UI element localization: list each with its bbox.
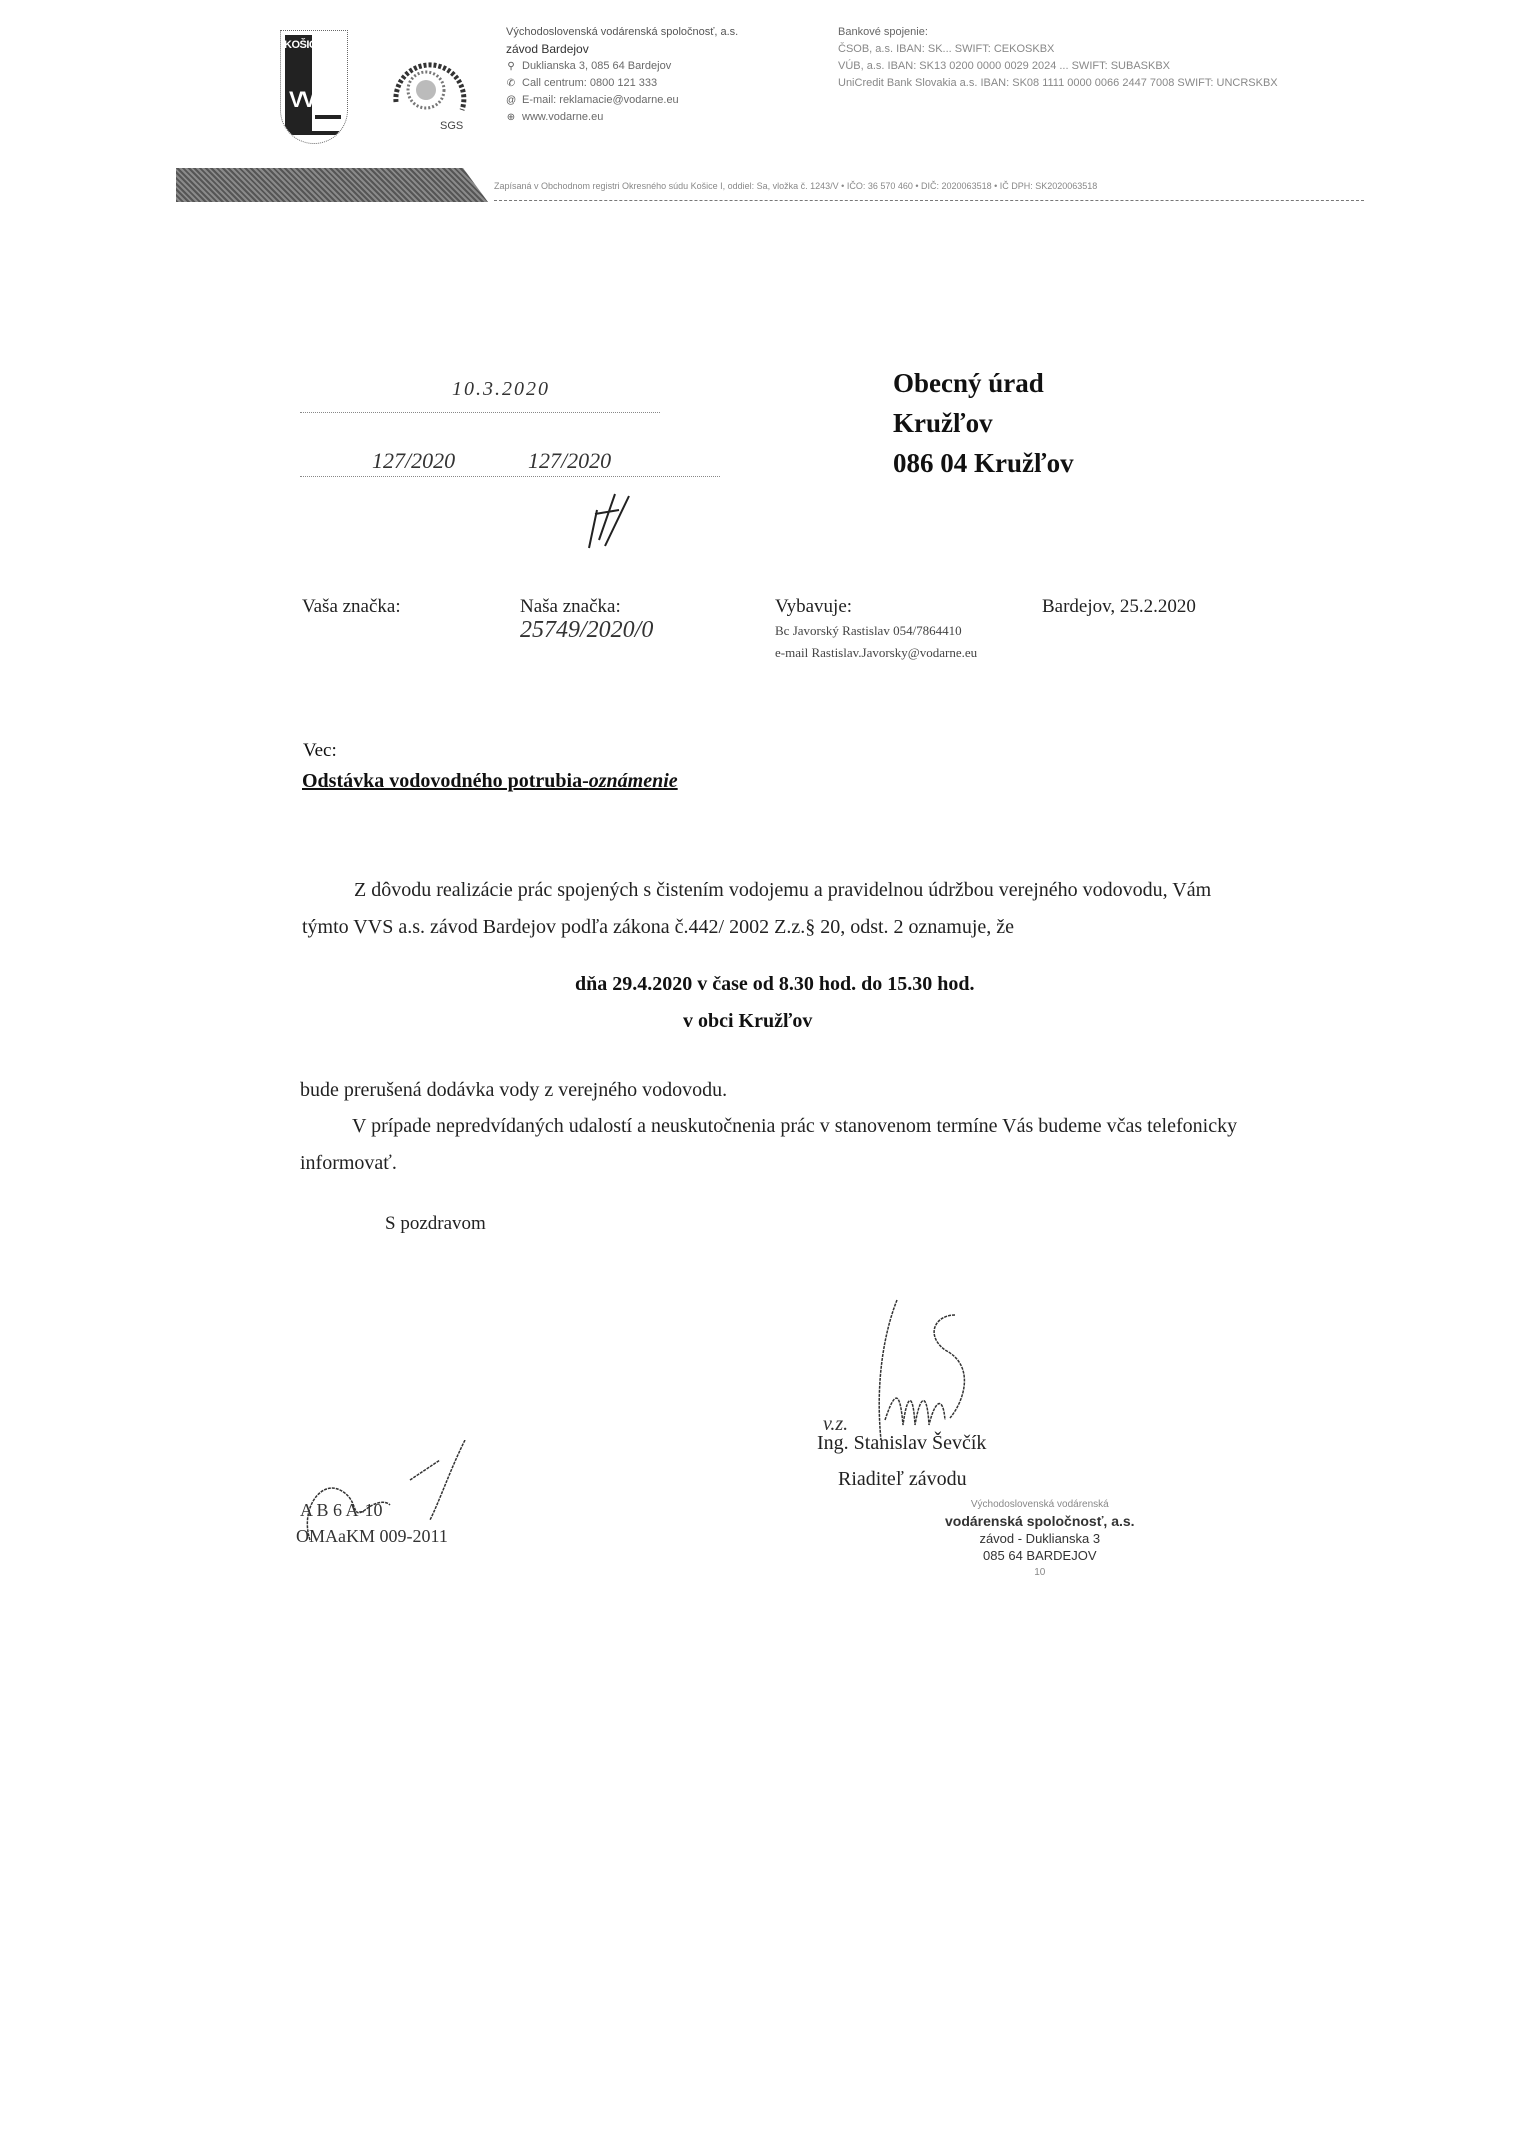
legal-registration: Zapísaná v Obchodnom registri Okresného … xyxy=(494,178,1097,195)
registry-number-2: 127/2020 xyxy=(528,448,611,474)
outage-location: v obci Kružľov xyxy=(683,1010,812,1033)
vvs-logo: KOŠICE VVS xyxy=(280,30,348,144)
handler-email: e-mail Rastislav.Javorsky@vodarne.eu xyxy=(775,645,977,661)
registry-date: 10.3.2020 xyxy=(452,378,550,401)
logo-city-text: KOŠICE xyxy=(284,39,323,51)
company-web: www.vodarne.eu xyxy=(522,109,603,126)
greeting: S pozdravom xyxy=(385,1213,486,1235)
approval-reference: OMAaKM 009-2011 xyxy=(296,1526,448,1547)
subject-label: Vec: xyxy=(303,740,337,762)
bank-line: UniCredit Bank Slovakia a.s. IBAN: SK08 … xyxy=(838,75,1278,92)
signatory-role: Riaditeľ závodu xyxy=(838,1468,967,1491)
subject-italic: oznámenie xyxy=(589,770,678,792)
outage-datetime: dňa 29.4.2020 v čase od 8.30 hod. do 15.… xyxy=(575,973,975,996)
logo-brand-text: VVS xyxy=(289,87,327,113)
stamp-line: 085 64 BARDEJOV xyxy=(945,1547,1135,1564)
subject-title: Odstávka vodovodného potrubia-oznámenie xyxy=(302,770,678,793)
director-signature: v.z. xyxy=(815,1290,1045,1440)
handler-phone: Bc Javorský Rastislav 054/7864410 xyxy=(775,623,962,639)
company-name: Východoslovenská vodárenská spoločnosť, … xyxy=(506,24,738,41)
company-email: E-mail: reklamacie@vodarne.eu xyxy=(522,92,679,109)
our-reference-label: Naša značka: xyxy=(520,596,621,618)
sgs-label: SGS xyxy=(440,120,463,132)
subject-main: Odstávka vodovodného potrubia- xyxy=(302,770,589,792)
recipient-line: 086 04 Kružľov xyxy=(893,443,1074,483)
location-pin-icon: ⚲ xyxy=(506,58,516,75)
recipient-line: Kružľov xyxy=(893,403,1074,443)
stamp-line: závod - Duklianska 3 xyxy=(945,1530,1135,1547)
dotted-line xyxy=(300,412,660,413)
company-plant: závod Bardejov xyxy=(506,41,738,58)
bank-info: Bankové spojenie: ČSOB, a.s. IBAN: SK...… xyxy=(838,24,1278,92)
body-paragraph-2: bude prerušená dodávka vody z verejného … xyxy=(300,1072,1300,1109)
body-paragraph-1: Z dôvodu realizácie prác spojených s čis… xyxy=(302,872,1242,946)
recipient-address: Obecný úrad Kružľov 086 04 Kružľov xyxy=(893,363,1074,483)
approval-code: A B 6 A-10 xyxy=(300,1500,383,1521)
registry-number: 127/2020 xyxy=(372,448,455,474)
bank-line: VÚB, a.s. IBAN: SK13 0200 0000 0029 2024… xyxy=(838,58,1278,75)
company-phone: Call centrum: 0800 121 333 xyxy=(522,75,657,92)
phone-icon: ✆ xyxy=(506,75,516,92)
letterhead-divider xyxy=(494,200,1364,201)
body-paragraph-3: V prípade nepredvídaných udalostí a neus… xyxy=(300,1108,1260,1182)
stamp-line: vodárenská spoločnosť, a.s. xyxy=(945,1513,1135,1530)
your-reference-label: Vaša značka: xyxy=(302,596,401,618)
initials-mark xyxy=(585,490,635,550)
sgs-certification-icon xyxy=(388,50,468,130)
handler-label: Vybavuje: xyxy=(775,596,852,618)
company-address: Duklianska 3, 085 64 Bardejov xyxy=(522,58,671,75)
bank-heading: Bankové spojenie: xyxy=(838,24,1278,41)
signatory-name: Ing. Stanislav Ševčík xyxy=(817,1432,986,1455)
place-date: Bardejov, 25.2.2020 xyxy=(1042,596,1196,618)
email-icon: @ xyxy=(506,92,516,109)
recipient-line: Obecný úrad xyxy=(893,363,1074,403)
company-info: Východoslovenská vodárenská spoločnosť, … xyxy=(506,24,738,126)
dotted-line xyxy=(300,476,720,477)
letterhead-bar xyxy=(176,168,488,202)
bank-line: ČSOB, a.s. IBAN: SK... SWIFT: CEKOSKBX xyxy=(838,41,1278,58)
our-reference-value: 25749/2020/0 xyxy=(520,617,653,644)
company-stamp: Východoslovenská vodárenská vodárenská s… xyxy=(945,1496,1135,1581)
stamp-line: 10 xyxy=(945,1564,1135,1581)
stamp-line: Východoslovenská vodárenská xyxy=(945,1496,1135,1513)
globe-icon: ⊕ xyxy=(506,109,516,126)
